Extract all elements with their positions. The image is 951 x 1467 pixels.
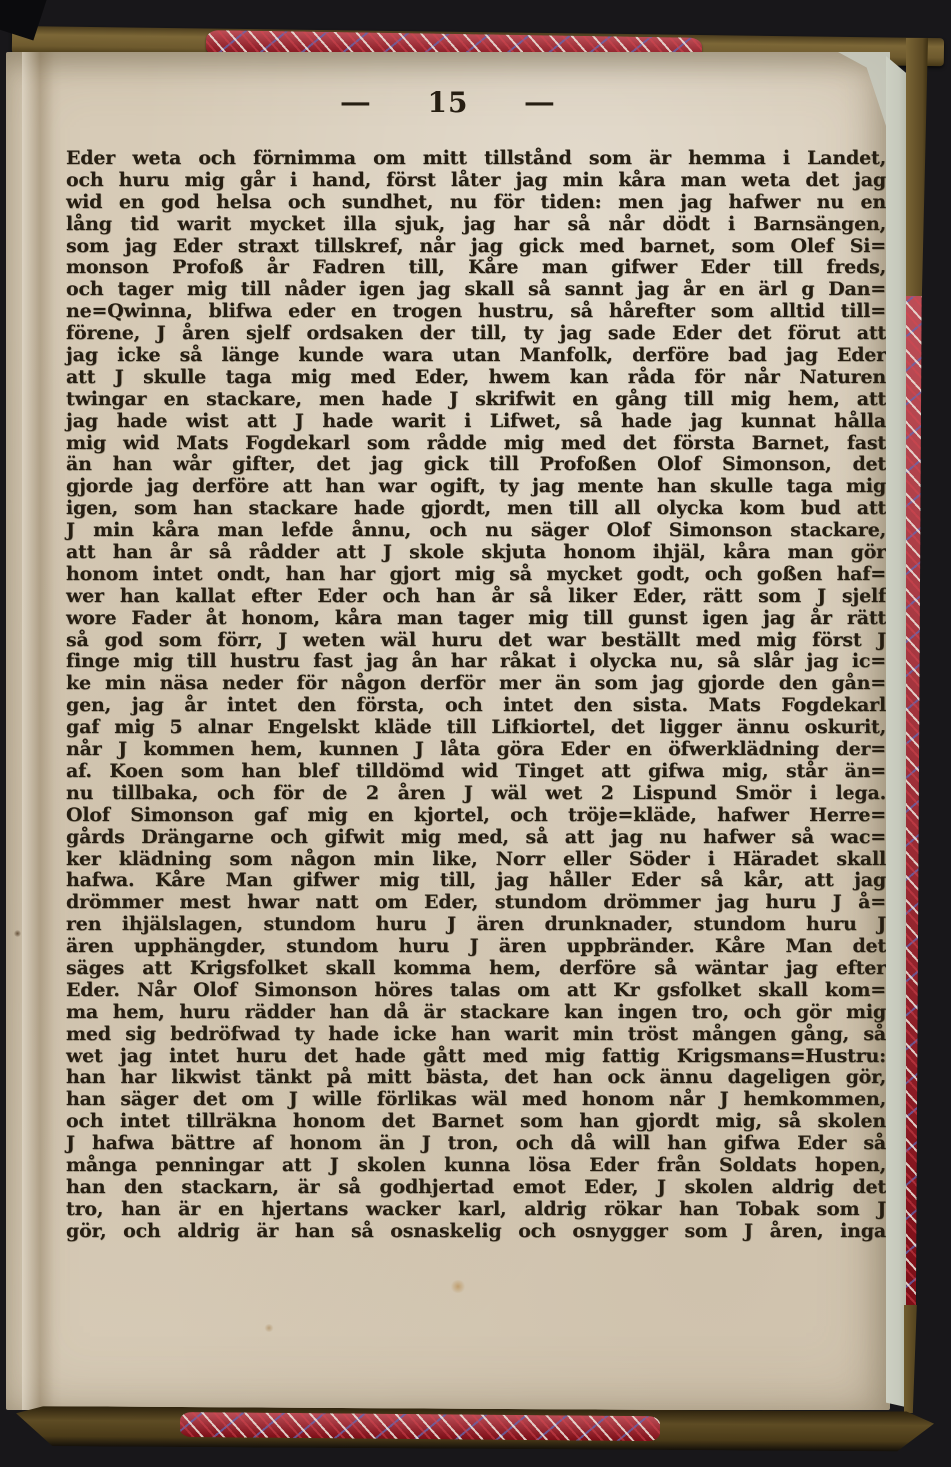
- text-line: ären upphängder, stundom huru J ären upp…: [66, 936, 886, 958]
- text-line: J hafwa bättre af honom än J tron, och d…: [66, 1133, 886, 1155]
- text-line: Eder. Når Olof Simonson höres talas om a…: [66, 980, 886, 1002]
- text-line: förene, J åren sjelf ordsaken der till, …: [66, 323, 886, 345]
- page-number: 15: [428, 86, 469, 119]
- text-line: än han wår gifter, det jag gick till Pro…: [66, 454, 886, 476]
- text-line: J min kåra man lefde ånnu, och nu säger …: [66, 520, 886, 542]
- text-line: ne=Qwinna, blifwa eder en trogen hustru,…: [66, 301, 886, 323]
- text-line: jag icke så länge kunde wara utan Manfol…: [66, 345, 886, 367]
- text-line: gör, och aldrig är han så osnaskelig och…: [66, 1221, 886, 1243]
- text-line: många penningar att J skolen kunna lösa …: [66, 1155, 886, 1177]
- text-line: han säger det om J wille förlikas wäl me…: [66, 1089, 886, 1111]
- text-line: nu tillbaka, och för de 2 åren J wäl wet…: [66, 783, 886, 805]
- text-line: twingar en stackare, men hade J skrifwit…: [66, 389, 886, 411]
- text-line: och tager mig till nåder igen jag skall …: [66, 279, 886, 301]
- text-line: ker klädning som någon min like, Norr el…: [66, 849, 886, 871]
- gutter-crease: [22, 52, 62, 1410]
- text-line: lång tid warit mycket illa sjuk, jag har…: [66, 214, 886, 236]
- paper-stain: [264, 1324, 274, 1332]
- text-line: ma hem, huru rädder han då är stackare k…: [66, 1002, 886, 1024]
- body-text: Eder weta och förnimma om mitt tillstånd…: [66, 148, 886, 1243]
- text-line: Eder weta och förnimma om mitt tillstånd…: [66, 148, 886, 170]
- text-line: att J skulle taga mig med Eder, hwem kan…: [66, 367, 886, 389]
- text-line: tro, han är en hjertans wacker karl, ald…: [66, 1199, 886, 1221]
- text-line: Olof Simonson gaf mig en kjortel, och tr…: [66, 805, 886, 827]
- text-line: monson Profoß år Fadren till, Kåre man g…: [66, 257, 886, 279]
- text-line: wore Fader åt honom, kåra man tager mig …: [66, 608, 886, 630]
- scanned-book-photo: — 15 — Eder weta och förnimma om mitt ti…: [0, 0, 951, 1467]
- text-line: han har likwist tänkt på mitt bästa, det…: [66, 1067, 886, 1089]
- text-line: han den stackarn, är så godhjertad emot …: [66, 1177, 886, 1199]
- text-line: hafwa. Kåre Man gifwer mig till, jag hål…: [66, 870, 886, 892]
- book-page: — 15 — Eder weta och förnimma om mitt ti…: [6, 52, 890, 1410]
- text-line: och huru mig går i hand, först låter jag…: [66, 170, 886, 192]
- text-line: säges att Krigsfolket skall komma hem, d…: [66, 958, 886, 980]
- text-line: af. Koen som han blef tilldömd wid Tinge…: [66, 761, 886, 783]
- page-header: — 15 —: [6, 86, 890, 119]
- text-line: ke min näsa neder för någon derför mer ä…: [66, 673, 886, 695]
- text-line: igen, som han stackare hade gjordt, men …: [66, 498, 886, 520]
- text-line: drömmer mest hwar natt om Eder, stundom …: [66, 892, 886, 914]
- text-line: gaf mig 5 alnar Engelskt kläde till Lifk…: [66, 717, 886, 739]
- text-line: ren ihjälslagen, stundom huru J ären dru…: [66, 914, 886, 936]
- text-line: wid en god helsa och sundhet, nu för tid…: [66, 192, 886, 214]
- text-line: jag hade wist att J hade warit i Lifwet,…: [66, 411, 886, 433]
- marbled-edge-bottom: [180, 1412, 660, 1441]
- text-line: som jag Eder straxt tillskref, når jag g…: [66, 236, 886, 258]
- text-line: gjorde jag derföre att han war ogift, ty…: [66, 476, 886, 498]
- book-binding-right-bottom: [904, 1305, 920, 1413]
- book-binding-right-top: [906, 38, 928, 298]
- header-dash-left: —: [339, 87, 371, 118]
- text-line: wet jag intet huru det hade gått med mig…: [66, 1046, 886, 1068]
- text-line: wer han kallat efter Eder och han år så …: [66, 586, 886, 608]
- text-line: att han år så rådder att J skole skjuta …: [66, 542, 886, 564]
- paper-speck: [14, 930, 21, 937]
- text-line: mig wid Mats Fogdekarl som rådde mig med…: [66, 433, 886, 455]
- text-line: gen, jag år intet den första, och intet …: [66, 695, 886, 717]
- text-line: så god som förr, J weten wäl huru det wa…: [66, 630, 886, 652]
- header-dash-right: —: [524, 87, 556, 118]
- paper-stain: [450, 1280, 466, 1293]
- text-line: når J kommen hem, kunnen J låta göra Ede…: [66, 739, 886, 761]
- text-line: gårds Drängarne och gifwit mig med, så a…: [66, 827, 886, 849]
- text-line: och intet tillräkna honom det Barnet som…: [66, 1111, 886, 1133]
- text-line: honom intet ondt, han har gjort mig så m…: [66, 564, 886, 586]
- marbled-edge-right: [906, 296, 923, 1308]
- text-line: finge mig till hustru fast jag ån har rå…: [66, 651, 886, 673]
- text-line: med sig bedröfwad ty hade icke han warit…: [66, 1024, 886, 1046]
